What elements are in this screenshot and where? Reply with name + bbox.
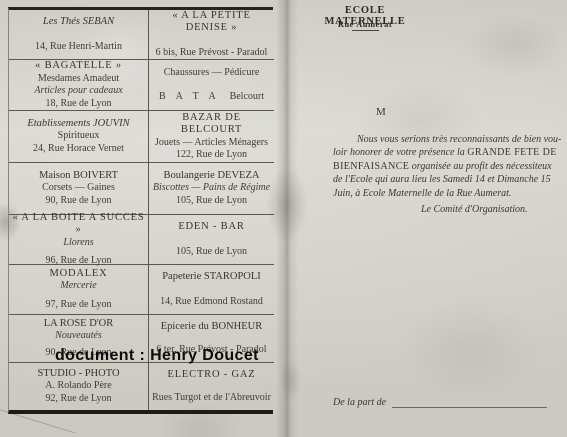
- ad-line: Mercerie: [60, 280, 96, 293]
- ad-brand: B A T A: [159, 91, 220, 104]
- body-line: de l'Ecole qui aura lieu les Samedi 14 e…: [333, 173, 559, 186]
- ad-address: 6 bis, Rue Prévost - Paradol: [156, 47, 268, 60]
- invitation-body: Nous vous serions très reconnaissants de…: [333, 133, 559, 200]
- ad-title: LA ROSE D'OR: [44, 318, 114, 331]
- ad-address: Rues Turgot et de l'Abreuvoir: [152, 392, 271, 405]
- body-caps-segment: GRANDE FETE DE: [467, 147, 556, 158]
- ad-title: « A LA BOITE A SUCCES »: [11, 212, 146, 237]
- ad-address: 14, Rue Henri-Martin: [35, 41, 122, 54]
- from-label: De la part de: [333, 397, 386, 408]
- ad-electro-gaz: ELECTRO - GAZ Rues Turgot et de l'Abreuv…: [148, 363, 274, 410]
- street-underline: [352, 30, 379, 31]
- ad-title: MODALEX: [49, 268, 107, 281]
- body-line: Juin, à Ecole Maternelle de la Rue Aumer…: [333, 187, 559, 200]
- ad-line: B A T A Belcourt: [151, 91, 272, 104]
- ad-boivert: Maison BOIVERT Corsets — Gaines 90, Rue …: [9, 163, 148, 215]
- ad-title: BAZAR DE BELCOURT: [151, 112, 272, 137]
- ad-line: Nouveautés: [55, 330, 102, 343]
- ad-line: Jouets — Articles Ménagers: [155, 137, 268, 150]
- ad-title: Maison BOIVERT: [39, 170, 118, 183]
- ad-title: ELECTRO - GAZ: [168, 369, 256, 382]
- ad-line: Chaussures — Pédicure: [164, 67, 260, 80]
- salutation-m: M: [376, 106, 386, 118]
- from-row: De la part de: [333, 397, 547, 408]
- body-line: loir honorer de votre présence la GRANDE…: [333, 146, 559, 159]
- ad-line: Llorens: [63, 237, 93, 250]
- ad-deveza: Boulangerie DEVEZA Biscottes — Pains de …: [148, 163, 274, 215]
- street-name: Rue Aumerat: [311, 19, 419, 29]
- body-text-segment: loir honorer de votre présence la: [333, 147, 467, 158]
- ad-bagatelle: « BAGATELLE » Mesdames Amadeut Articles …: [9, 60, 148, 111]
- ad-bata: Chaussures — Pédicure B A T A Belcourt: [148, 60, 274, 111]
- ad-title: « A LA PETITE DENISE »: [151, 10, 272, 35]
- ad-line: Biscottes — Pains de Régime: [153, 182, 270, 195]
- ad-thes-seban: Les Thés SEBAN 14, Rue Henri-Martin: [9, 10, 148, 60]
- ad-modalex: MODALEX Mercerie 97, Rue de Lyon: [9, 265, 148, 315]
- body-text-segment: organisée au profit des nécessiteux: [409, 161, 551, 172]
- ad-address: 92, Rue de Lyon: [45, 393, 111, 406]
- from-blank-line: [392, 397, 547, 408]
- ad-line: Articles pour cadeaux: [34, 85, 122, 98]
- ad-eden-bar: EDEN - BAR 105, Rue de Lyon: [148, 215, 274, 265]
- ad-title: Les Thés SEBAN: [43, 16, 114, 29]
- ad-address: 14, Rue Edmond Rostand: [160, 296, 263, 309]
- ad-line: Corsets — Gaines: [42, 182, 115, 195]
- body-text-segment: Nous vous serions très reconnaissants de…: [357, 134, 561, 145]
- ad-district: Belcourt: [230, 91, 264, 104]
- signature: Le Comité d'Organisation.: [421, 204, 528, 215]
- ad-jouvin: Etablissements JOUVIN Spiritueux 24, Rue…: [9, 111, 148, 163]
- ad-bazar-belcourt: BAZAR DE BELCOURT Jouets — Articles Ména…: [148, 111, 274, 163]
- ad-address: 105, Rue de Lyon: [176, 195, 247, 208]
- ad-title: Papeterie STAROPOLI: [162, 271, 261, 284]
- ad-address: 122, Rue de Lyon: [176, 149, 247, 162]
- body-line: Nous vous serions très reconnaissants de…: [333, 133, 559, 146]
- ad-title: EDEN - BAR: [178, 221, 244, 234]
- body-text-segment: de l'Ecole qui aura lieu les Samedi 14 e…: [333, 174, 551, 185]
- body-caps-segment: BIENFAISANCE: [333, 161, 409, 172]
- ad-title: STUDIO - PHOTO: [37, 368, 119, 381]
- ad-petite-denise: « A LA PETITE DENISE » 6 bis, Rue Prévos…: [148, 10, 274, 60]
- ad-line: Mesdames Amadeut: [38, 73, 119, 86]
- ad-address: 24, Rue Horace Vernet: [33, 143, 124, 156]
- ad-address: 97, Rue de Lyon: [45, 299, 111, 312]
- ad-studio-photo: STUDIO - PHOTO A. Rolando Père 92, Rue d…: [9, 363, 148, 410]
- body-line: BIENFAISANCE organisée au profit des néc…: [333, 160, 559, 173]
- ad-title: Epicerie du BONHEUR: [161, 321, 262, 334]
- page-fold: [276, 0, 298, 437]
- ad-line: Spiritueux: [58, 130, 100, 143]
- ad-boite-a-succes: « A LA BOITE A SUCCES » Llorens 96, Rue …: [9, 215, 148, 265]
- ad-title: « BAGATELLE »: [35, 60, 122, 73]
- ad-staropoli: Papeterie STAROPOLI 14, Rue Edmond Rosta…: [148, 265, 274, 315]
- watermark: document : Henry Doucet: [55, 347, 259, 365]
- ad-title: Boulangerie DEVEZA: [164, 170, 260, 183]
- ad-address: 105, Rue de Lyon: [176, 246, 247, 259]
- body-text-segment: Juin, à Ecole Maternelle de la Rue Aumer…: [333, 188, 511, 199]
- ad-address: 18, Rue de Lyon: [45, 98, 111, 111]
- ad-line: A. Rolando Père: [45, 380, 111, 393]
- ad-address: 90, Rue de Lyon: [45, 195, 111, 208]
- ad-title: Etablissements JOUVIN: [27, 118, 129, 131]
